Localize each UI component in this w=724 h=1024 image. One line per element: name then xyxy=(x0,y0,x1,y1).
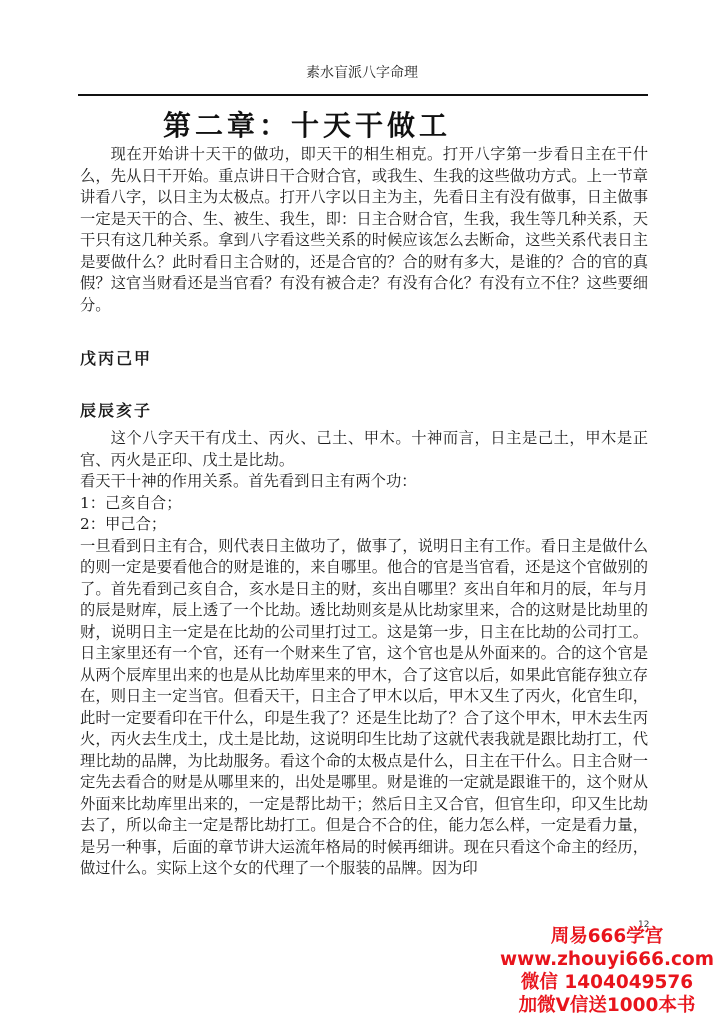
watermark-line-1: 周易666学宫 xyxy=(490,925,724,948)
header-rule xyxy=(78,94,648,96)
watermark-url: www.zhouyi666.com xyxy=(490,948,724,971)
watermark-line-4: 加微V信送1000本书 xyxy=(490,994,724,1017)
intro-section: 现在开始讲十天干的做功，即天干的相生相克。打开八字第一步看日主在干什么，先从日干… xyxy=(80,144,648,316)
watermark: 周易666学宫 www.zhouyi666.com 微信 1404049576 … xyxy=(490,925,724,1017)
example-branches-heading: 辰辰亥子 xyxy=(80,398,152,421)
example-list-item-1: 1：己亥自合； xyxy=(80,493,648,515)
intro-paragraph: 现在开始讲十天干的做功，即天干的相生相克。打开八字第一步看日主在干什么，先从日干… xyxy=(80,144,648,316)
example-paragraph-2: 看天干十神的作用关系。首先看到日主有两个功： xyxy=(80,471,648,493)
chapter-title: 第二章：十天干做工 xyxy=(163,104,451,144)
example-stems-heading: 戊丙己甲 xyxy=(80,346,152,369)
running-header: 素水盲派八字命理 xyxy=(0,62,724,82)
watermark-wechat: 微信 1404049576 xyxy=(490,971,724,994)
example-analysis: 这个八字天干有戊土、丙火、己土、甲木。十神而言，日主是己土，甲木是正官、丙火是正… xyxy=(80,428,648,880)
example-paragraph-main: 一旦看到日主有合，则代表日主做功了，做事了，说明日主有工作。看日主是做什么的则一… xyxy=(80,536,648,880)
example-list-item-2: 2：甲己合； xyxy=(80,514,648,536)
example-paragraph-1: 这个八字天干有戊土、丙火、己土、甲木。十神而言，日主是己土，甲木是正官、丙火是正… xyxy=(80,428,648,471)
